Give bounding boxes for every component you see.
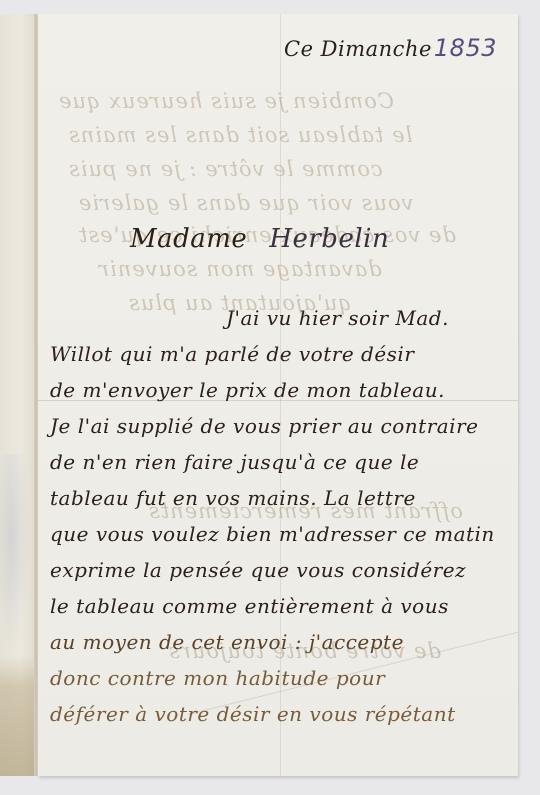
letter-line: au moyen de cet envoi : j'accepte	[50, 630, 404, 654]
adjoining-leaf-edge	[0, 14, 35, 776]
bleed-line: vous voir que dans le galerie	[78, 186, 414, 221]
paper-discoloration	[0, 454, 30, 654]
bleed-line: Combien je suis heureux que	[58, 84, 394, 119]
addressee-name: Herbelin	[269, 224, 389, 254]
letter-line: de n'en rien faire jusqu'à ce que le	[50, 450, 419, 474]
water-stain	[0, 656, 34, 776]
bleed-line: le tableau soit dans les mains	[68, 118, 412, 153]
letter-salutation: MadameHerbelin	[130, 224, 389, 254]
letter-line: le tableau comme entièrement à vous	[50, 594, 449, 618]
letter-line: Willot qui m'a parlé de votre désir	[50, 342, 414, 366]
document-viewport: Combien je suis heureux que le tableau s…	[0, 0, 540, 795]
letter-dateline: Ce Dimanche1853	[284, 34, 497, 62]
letter-line: exprime la pensée que vous considérez	[50, 558, 466, 582]
year-annotation: 1853	[434, 34, 497, 62]
salutation-text: Madame	[130, 224, 247, 254]
letter-line: donc contre mon habitude pour	[50, 666, 385, 690]
bleed-line: comme le vôtre : je ne puis	[68, 152, 383, 187]
letter-line: Je l'ai supplié de vous prier au contrai…	[50, 414, 478, 438]
letter-line: tableau fut en vos mains. La lettre	[50, 486, 416, 510]
bleed-line: davantage mon souvenir	[98, 252, 382, 287]
letter-line: déférer à votre désir en vous répétant	[50, 702, 456, 726]
letter-line: que vous voulez bien m'adresser ce matin	[50, 522, 495, 546]
letter-line: de m'envoyer le prix de mon tableau.	[50, 378, 445, 402]
letter-page: Combien je suis heureux que le tableau s…	[38, 14, 518, 776]
letter-line: J'ai vu hier soir Mad.	[226, 306, 449, 330]
dateline-text: Ce Dimanche	[284, 37, 432, 61]
